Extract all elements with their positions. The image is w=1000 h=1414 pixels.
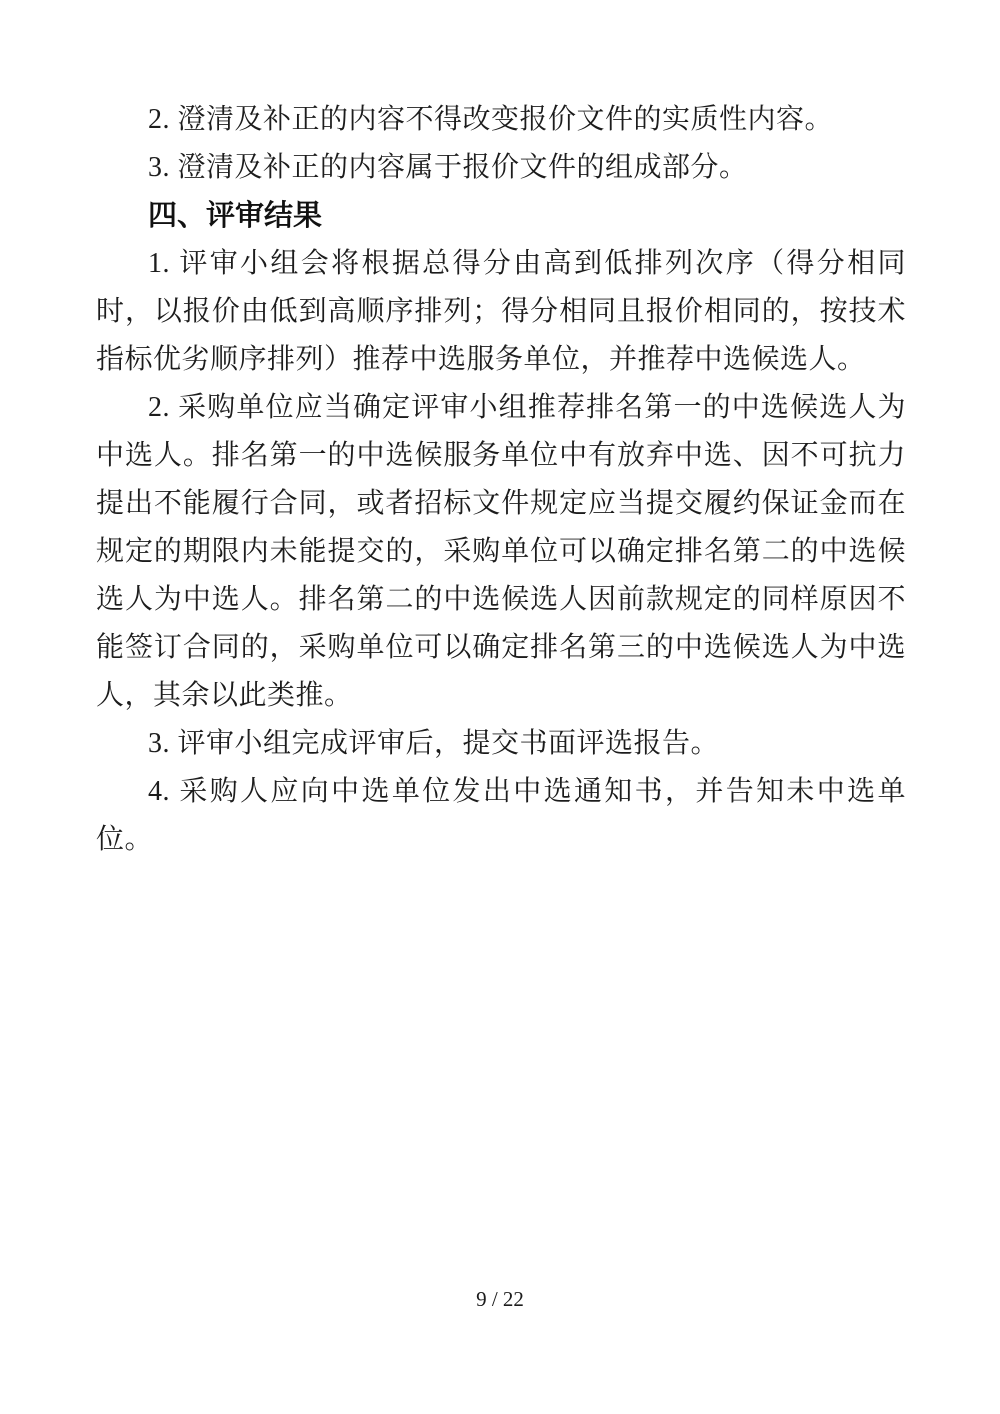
paragraph-clarify-3: 3. 澄清及补正的内容属于报价文件的组成部分。 xyxy=(96,144,906,192)
paragraph-review-1: 1. 评审小组会将根据总得分由高到低排列次序（得分相同时，以报价由低到高顺序排列… xyxy=(96,240,906,384)
paragraph-clarify-2: 2. 澄清及补正的内容不得改变报价文件的实质性内容。 xyxy=(96,96,906,144)
paragraph-review-4: 4. 采购人应向中选单位发出中选通知书，并告知未中选单位。 xyxy=(96,768,906,864)
page-number: 9 / 22 xyxy=(476,1287,524,1311)
section-heading-review-results: 四、评审结果 xyxy=(96,192,906,240)
document-page: 2. 澄清及补正的内容不得改变报价文件的实质性内容。 3. 澄清及补正的内容属于… xyxy=(0,0,1000,1414)
page-footer: 9 / 22 xyxy=(0,1284,1000,1314)
paragraph-review-2: 2. 采购单位应当确定评审小组推荐排名第一的中选候选人为中选人。排名第一的中选候… xyxy=(96,384,906,720)
document-body: 2. 澄清及补正的内容不得改变报价文件的实质性内容。 3. 澄清及补正的内容属于… xyxy=(96,96,906,864)
paragraph-review-3: 3. 评审小组完成评审后，提交书面评选报告。 xyxy=(96,720,906,768)
